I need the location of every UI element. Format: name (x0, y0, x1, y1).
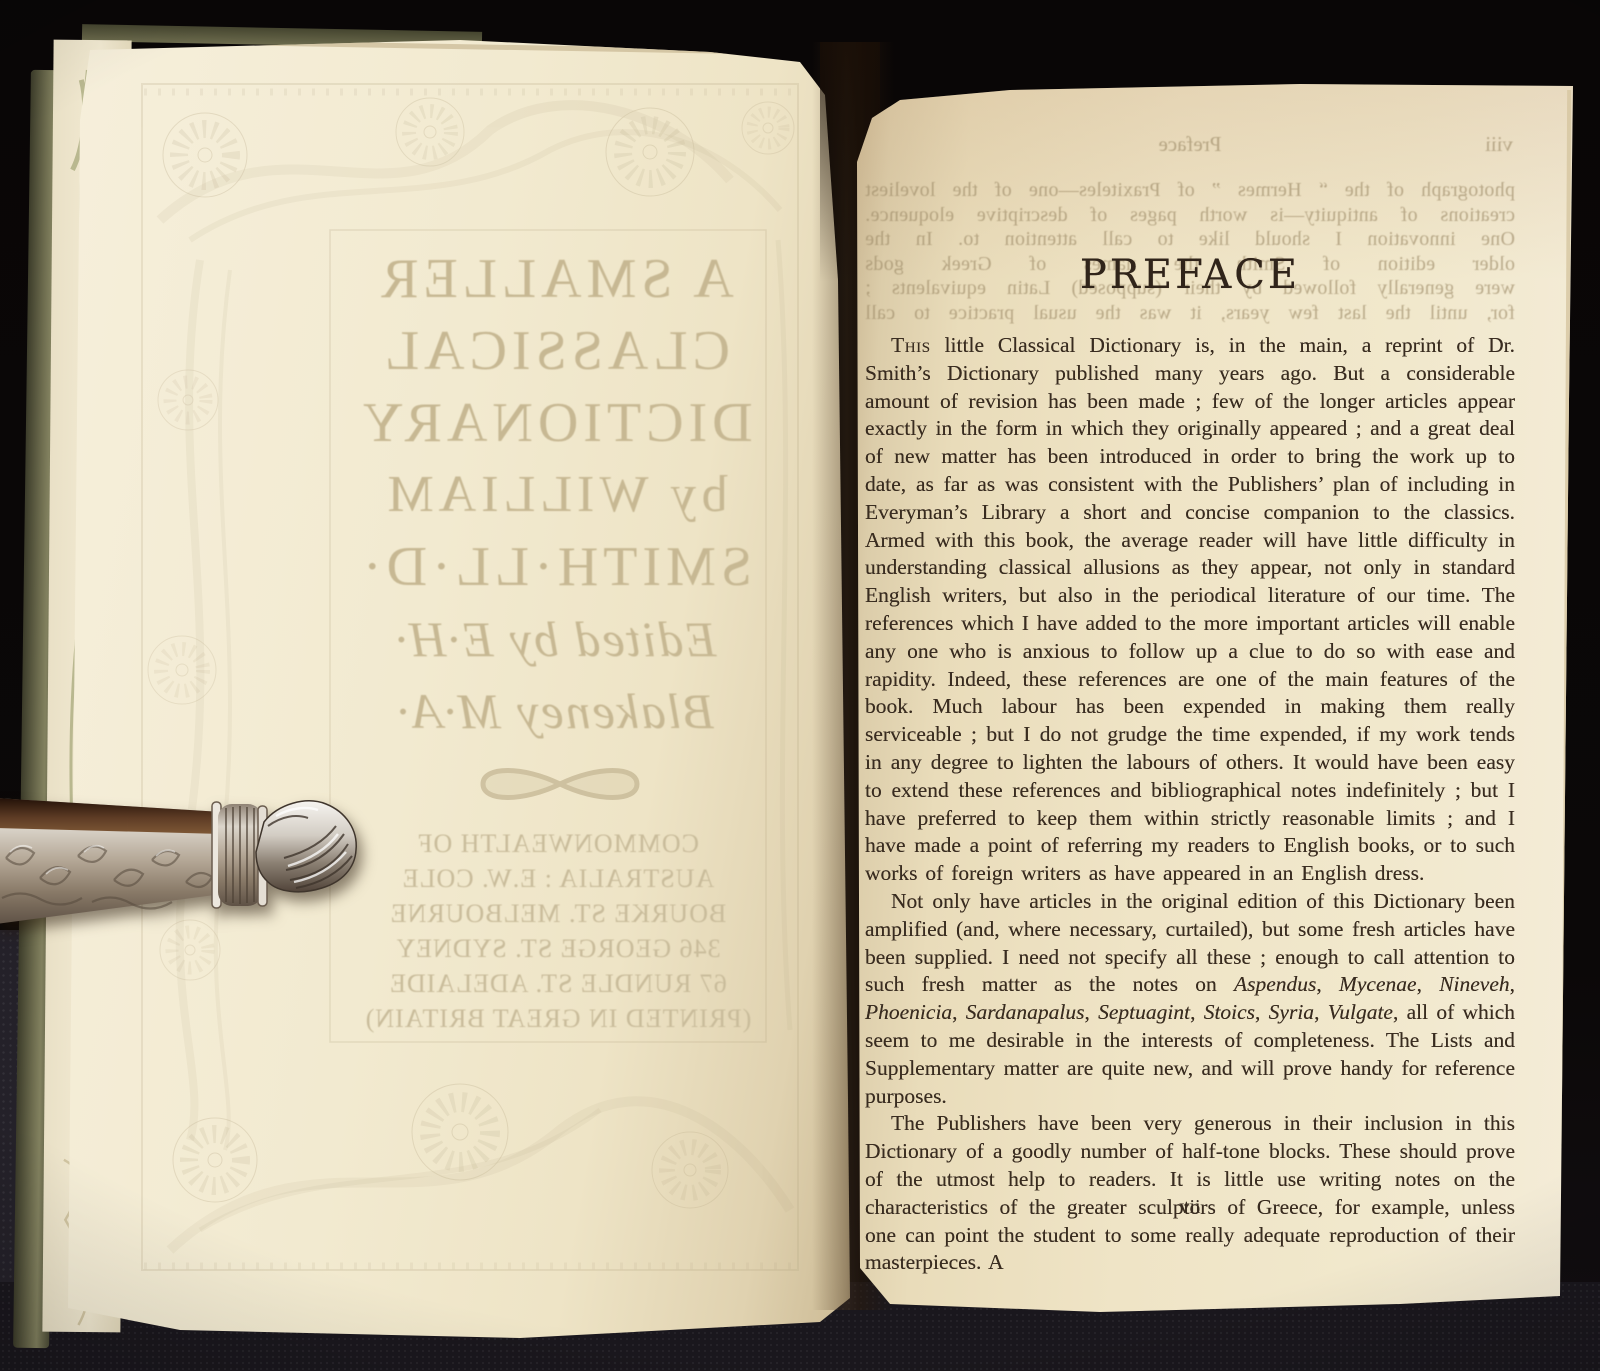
text-segment: Nineveh (1439, 972, 1509, 996)
imprint-showthrough-line: (PRINTED IN GREAT BRITAIN) (358, 1001, 758, 1036)
left-page-title-verso: A SMALLERCLASSICALDICTIONARYby WILLIAMSM… (60, 28, 860, 1340)
flourish-ornament-showthrough (465, 758, 655, 810)
title-showthrough-line: A SMALLER (325, 243, 785, 315)
text-segment: little Classical Dictionary is, in the m… (865, 333, 1515, 885)
title-showthrough-line: CLASSICAL (325, 315, 785, 387)
imprint-showthrough-line: AUSTRALIA : E.W. COLE (358, 861, 758, 896)
text-segment: , (1084, 1000, 1098, 1024)
text-segment: Septuagint (1098, 1000, 1190, 1024)
text-segment: , (1417, 972, 1440, 996)
preface-paragraph: This little Classical Dictionary is, in … (865, 332, 1515, 888)
page-number: vii (865, 1196, 1515, 1219)
imprint-showthrough-line: COMMONWEALTH OF (358, 826, 758, 861)
preface-paragraph: The Publishers have been very generous i… (865, 1110, 1515, 1277)
preface-body-text: This little Classical Dictionary is, in … (865, 332, 1515, 1277)
text-segment: Stoics (1204, 1000, 1255, 1024)
title-page-showthrough-text: A SMALLERCLASSICALDICTIONARYby WILLIAMSM… (325, 243, 785, 747)
showthrough-line: for, until the last few years, it was th… (865, 301, 1515, 326)
text-segment: , (1314, 1000, 1328, 1024)
text-segment: , (1316, 972, 1339, 996)
showthrough-line: creations of antiquity—is worth pages of… (865, 203, 1515, 228)
text-segment: Sardanapalus (966, 1000, 1085, 1024)
bookmark-page-holder (0, 782, 368, 940)
imprint-showthrough-line: 346 GEORGE ST. SYDNEY (358, 931, 758, 966)
text-segment: Vulgate (1328, 1000, 1393, 1024)
text-segment: Phoenicia (865, 1000, 952, 1024)
text-segment: , (1510, 972, 1515, 996)
engraved-bar (0, 798, 222, 924)
showthrough-running-title: Preface (865, 132, 1515, 157)
text-segment: , (952, 1000, 966, 1024)
text-segment: , (1255, 1000, 1269, 1024)
title-showthrough-line: DICTIONARY (325, 387, 785, 459)
showthrough-line: One innovation I should like to call att… (865, 227, 1515, 252)
text-segment: The Publishers have been very generous i… (865, 1111, 1515, 1274)
title-showthrough-line: Edited by E·H· (325, 603, 785, 675)
imprint-showthrough-line: 67 RUNDLE ST. ADELAIDE (358, 966, 758, 1001)
title-showthrough-line: by WILLIAM (325, 459, 785, 531)
imprint-showthrough-text: COMMONWEALTH OFAUSTRALIA : E.W. COLEBOUR… (358, 826, 758, 1036)
showthrough-running-head: viii Preface (865, 132, 1515, 160)
text-segment: Mycenae (1339, 972, 1417, 996)
title-showthrough-line: Blakeney M·A· (325, 675, 785, 747)
showthrough-line: photograph of the “ Hermes ” of Praxitel… (865, 178, 1515, 203)
text-segment: Syria (1269, 1000, 1314, 1024)
right-page-preface: viii Preface photograph of the “ Hermes … (845, 70, 1580, 1320)
title-showthrough-line: SMITH·LL·D· (325, 531, 785, 603)
hand-clasp (256, 801, 356, 892)
text-segment: Aspendus (1234, 972, 1316, 996)
text-segment: , (1190, 1000, 1204, 1024)
imprint-showthrough-line: BOURKE ST. MELBOURNE (358, 896, 758, 931)
preface-paragraph: Not only have articles in the original e… (865, 888, 1515, 1110)
text-segment: This (891, 333, 931, 357)
book-photograph: A SMALLERCLASSICALDICTIONARYby WILLIAMSM… (0, 0, 1600, 1371)
preface-heading: PREFACE (865, 252, 1515, 298)
